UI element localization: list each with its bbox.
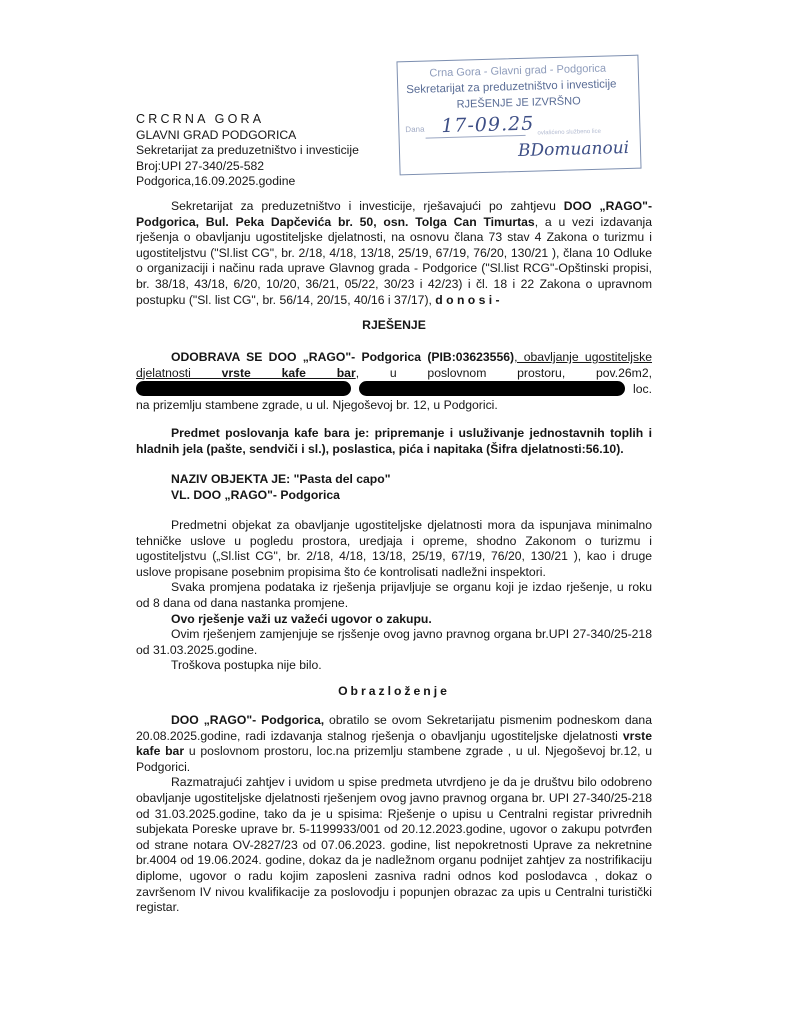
donosi-word: d o n o s i - [435,293,499,307]
conditions-text: Predmetni objekat za obavljanje ugostite… [136,518,652,580]
approval-text-b: , u poslovnom prostoru, pov.26m2, [356,366,652,380]
costs-text: Troškova postupka nije bilo. [136,658,652,674]
letterhead-secretariat: Sekretarijat za preduzetništvo i investi… [136,143,359,159]
object-info: NAZIV OBJEKTA JE: "Pasta del capo" VL. D… [136,472,652,503]
validity-text: Ovo rješenje važi uz važeći ugovor o zak… [136,612,652,628]
reasoning-text-b: u poslovnom prostoru, loc.na prizemlju s… [136,744,652,774]
redaction-bar-2 [359,381,625,396]
letterhead-country: CRCRNA GORA [136,112,359,128]
object-name: NAZIV OBJEKTA JE: "Pasta del capo" [171,472,652,488]
reasoning-paragraph-2: Razmatrajući zahtjev i uvidom u spise pr… [136,775,652,915]
reasoning-title: Obrazloženje [136,684,652,700]
stamp-signature: BDomuanoui [518,138,630,161]
enforceability-stamp: Crna Gora - Glavni grad - Podgorica Sekr… [396,55,641,176]
object-owner: VL. DOO „RAGO"- Podgorica [171,488,652,504]
decision-title: RJEŠENJE [136,318,652,334]
reasoning-applicant: DOO „RAGO"- Podgorica, [171,713,324,727]
letterhead: CRCRNA GORA GLAVNI GRAD PODGORICA Sekret… [136,112,359,190]
stamp-date-handwritten: 17-09.25 [441,113,535,138]
intro-paragraph: Sekretarijat za preduzetništvo i investi… [136,199,652,308]
replaces-text: Ovim rješenjem zamjenjuje se rjsšenje ov… [136,627,652,658]
changes-text: Svaka promjena podataka iz rješenja prij… [136,580,652,611]
reasoning-body: DOO „RAGO"- Podgorica, obratilo se ovom … [136,713,652,916]
redaction-bar-1 [136,381,351,396]
document-page: Crna Gora - Glavni grad - Podgorica Sekr… [0,0,791,1024]
business-type: vrste kafe bar [222,366,356,380]
letterhead-city: GLAVNI GRAD PODGORICA [136,128,359,144]
business-subject-text: Predmet poslovanja kafe bara je: priprem… [136,426,652,457]
place-date: Podgorica,16.09.2025.godine [136,174,359,190]
decision-conditions: Predmetni objekat za obavljanje ugostite… [136,518,652,674]
decision-approval: ODOBRAVA SE DOO „RAGO"- Podgorica (PIB:0… [136,350,652,413]
approval-bold: ODOBRAVA SE DOO „RAGO"- Podgorica (PIB:0… [171,350,514,364]
stamp-date-label: Dana [405,125,424,135]
stamp-signature-label: ovlašćeno službeno lice [537,129,601,137]
stamp-line-3: RJEŠENJE JE IZVRŠNO [399,94,639,113]
business-subject: Predmet poslovanja kafe bara je: priprem… [136,426,652,457]
stamp-line-1: Crna Gora - Glavni grad - Podgorica [398,62,638,81]
stamp-line-2: Sekretarijat za preduzetništvo i investi… [406,78,617,96]
intro-text-a: Sekretarijat za preduzetništvo i investi… [171,199,564,213]
reference-number: Broj:UPI 27-340/25-582 [136,159,359,175]
